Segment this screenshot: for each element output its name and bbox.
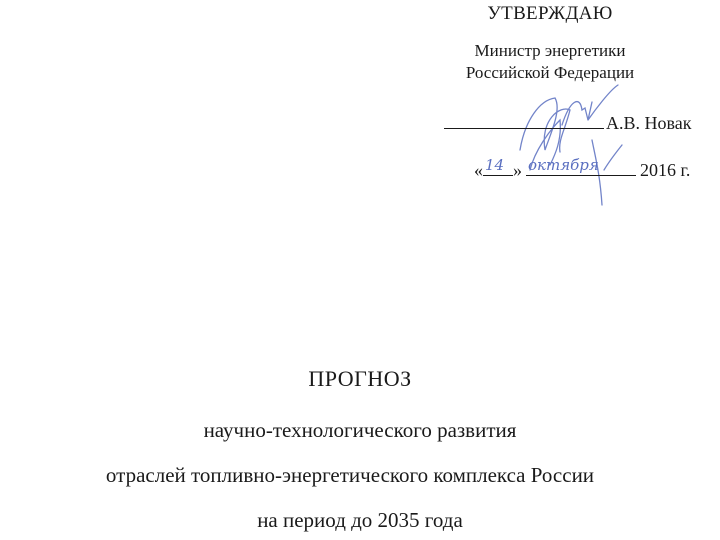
document-subtitle-line-2: отраслей топливно-энергетического компле… (0, 463, 710, 488)
date-month: октября (528, 156, 599, 174)
document-title: ПРОГНОЗ (0, 366, 720, 392)
date-month-field: октября (526, 159, 636, 176)
signature-line (444, 114, 604, 129)
handwritten-signature-icon (500, 80, 660, 210)
signatory-name: А.В. Новак (606, 113, 692, 133)
position-line-1: Министр энергетики (430, 40, 670, 62)
date-year: 2016 г. (640, 160, 690, 180)
position-line-2: Российской Федерации (430, 62, 670, 84)
document-subtitle-line-3: на период до 2035 года (0, 508, 720, 533)
date-day-field: 14 (483, 159, 513, 176)
document-subtitle-line-1: научно-технологического развития (0, 418, 720, 443)
approval-block: УТВЕРЖДАЮ Министр энергетики Российской … (430, 0, 720, 210)
approval-date: «14»октября2016 г. (474, 159, 690, 181)
approval-title: УТВЕРЖДАЮ (430, 3, 670, 25)
date-close-quote: » (513, 160, 522, 180)
date-day: 14 (485, 156, 504, 174)
signature-row: А.В. Новак (444, 113, 692, 134)
date-open-quote: « (474, 160, 483, 180)
